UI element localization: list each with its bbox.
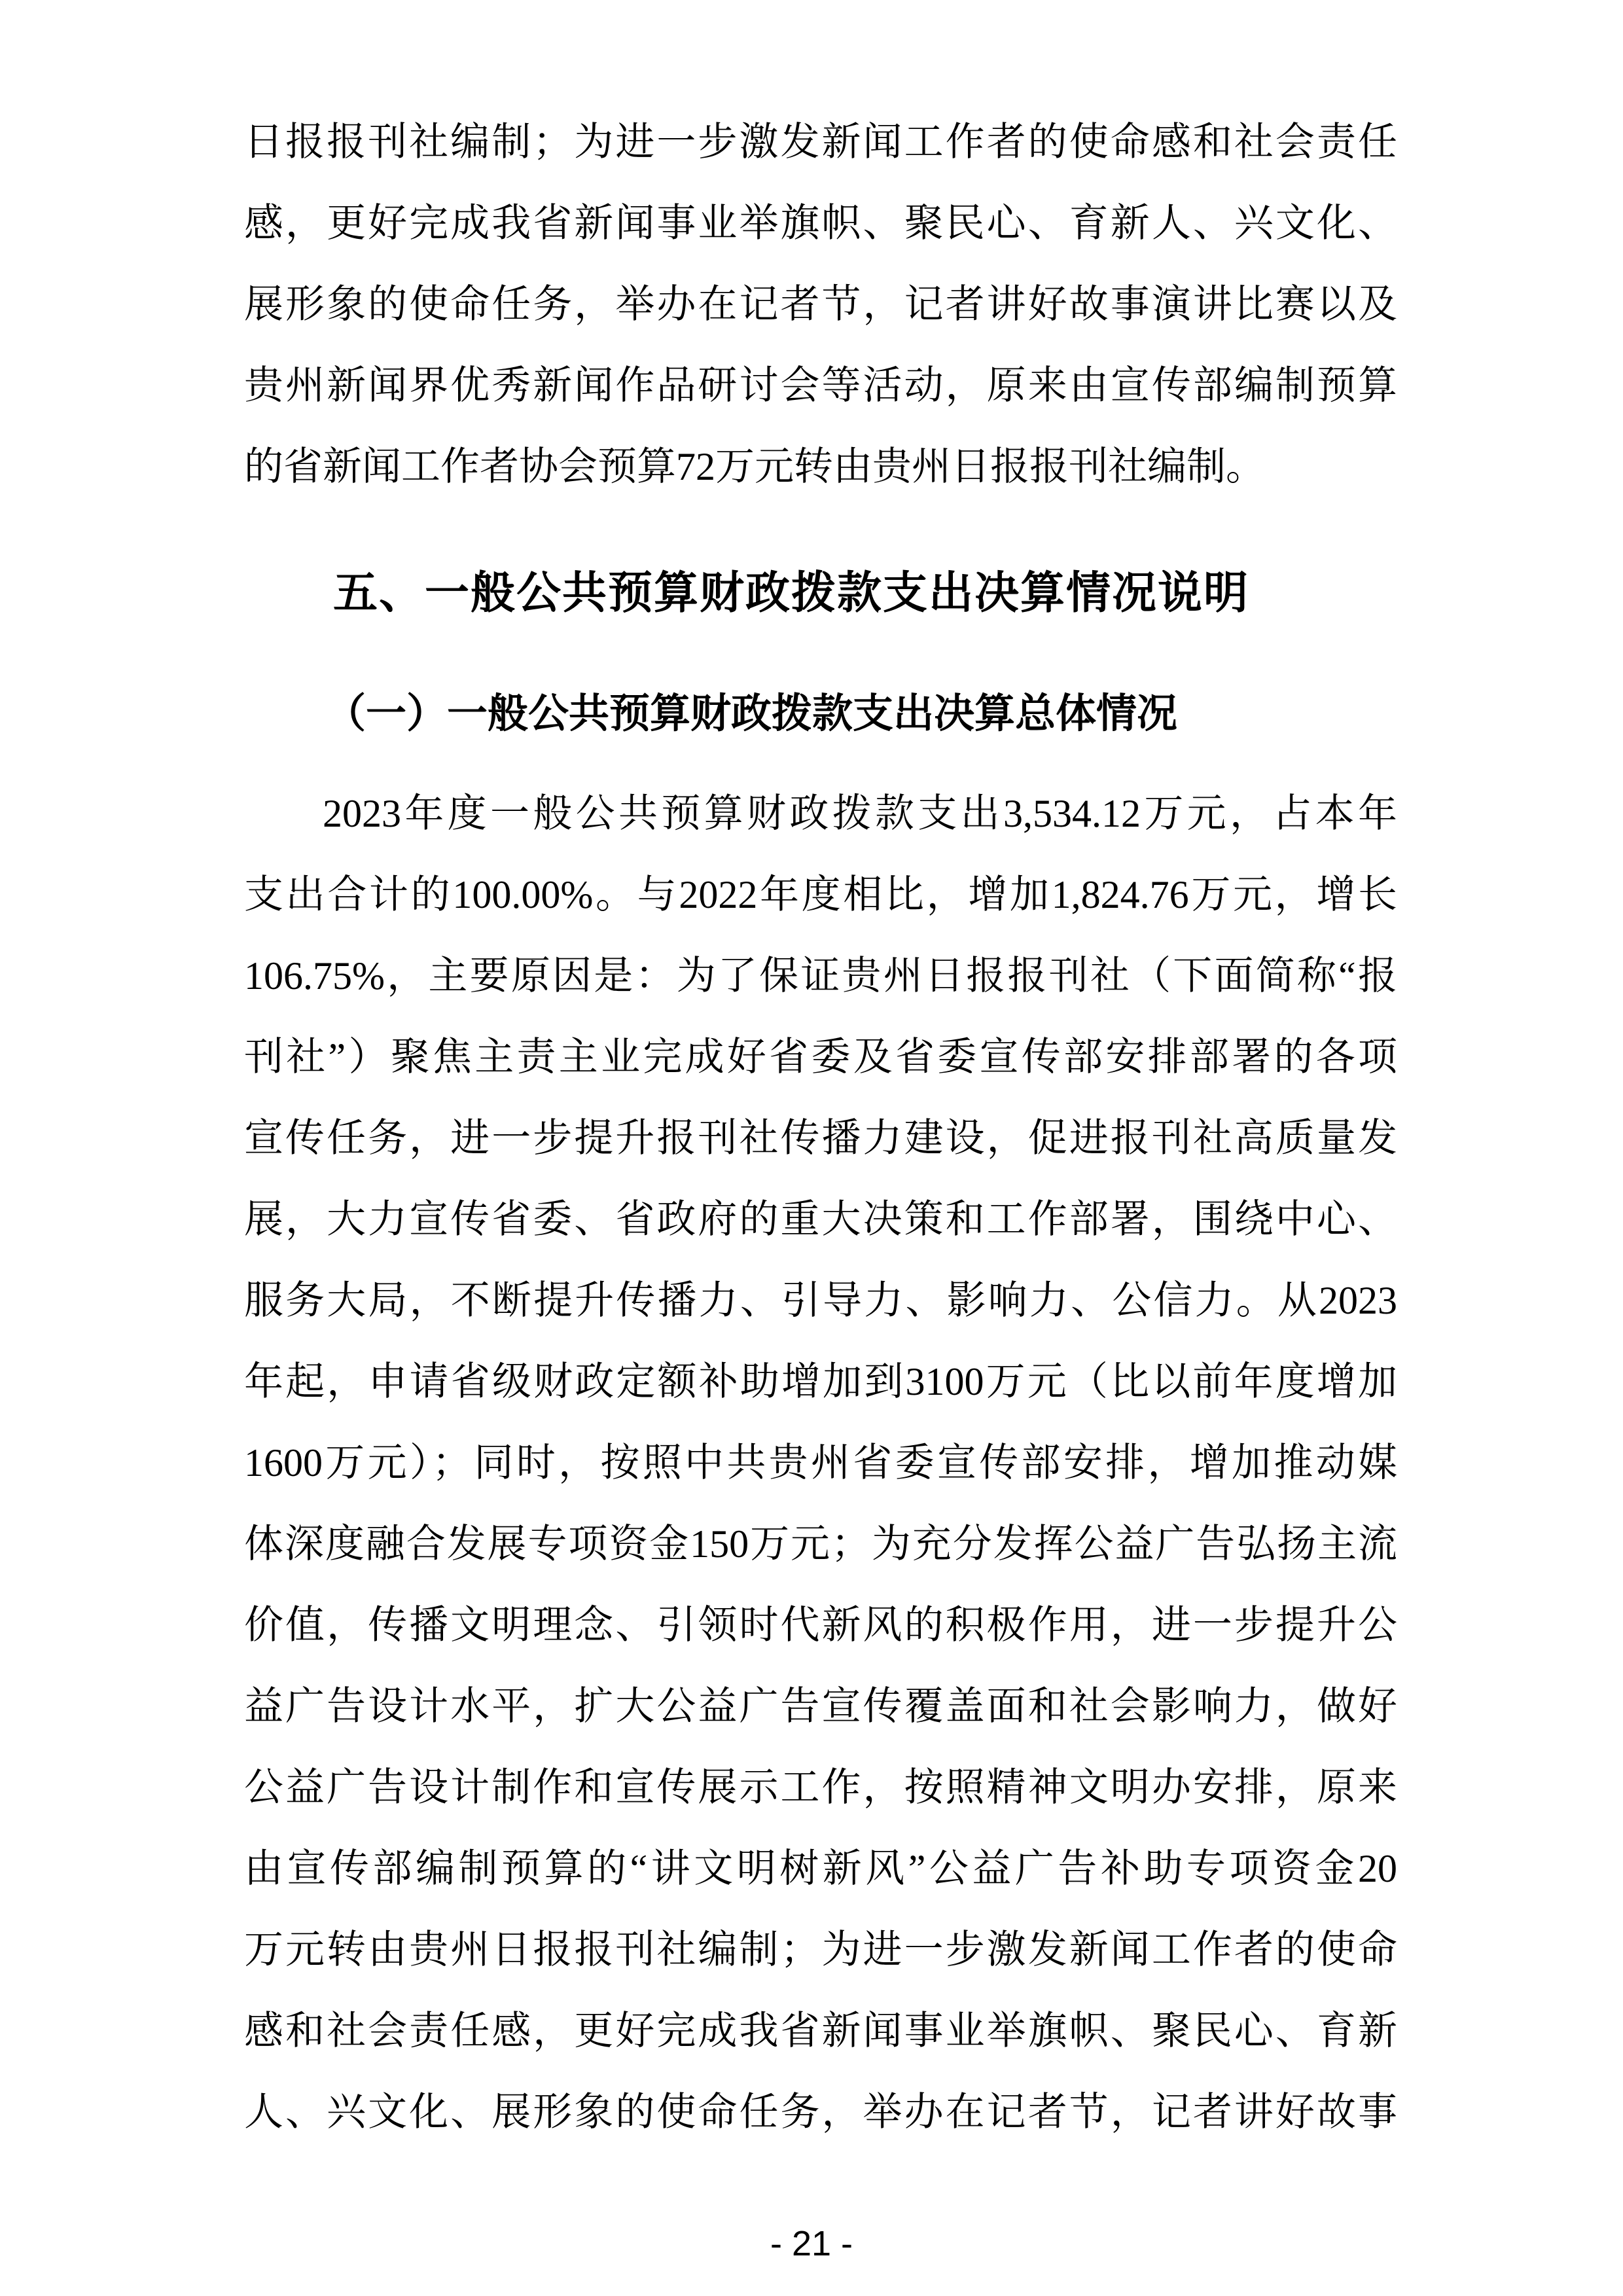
text-line: 展形象的使命任务，举办在记者节，记者讲好故事演讲比赛以及	[244, 264, 1397, 345]
paragraph-overview: 2023年度一般公共预算财政拨款支出3,534.12万元，占本年支出合计的100…	[244, 773, 1397, 2153]
subsection-heading: （一）一般公共预算财政拨款支出决算总体情况	[244, 675, 1397, 753]
text-line: 贵州新闻界优秀新闻作品研讨会等活动，原来由宣传部编制预算	[244, 345, 1397, 426]
text-line: 体深度融合发展专项资金150万元；为充分发挥公益广告弘扬主流	[244, 1503, 1397, 1585]
text-line: 感和社会责任感，更好完成我省新闻事业举旗帜、聚民心、育新	[244, 1990, 1397, 2072]
document-page: 日报报刊社编制；为进一步激发新闻工作者的使命感和社会责任感，更好完成我省新闻事业…	[0, 0, 1623, 2296]
page-number: - 21 -	[0, 2224, 1623, 2263]
text-line: 人、兴文化、展形象的使命任务，举办在记者节，记者讲好故事	[244, 2072, 1397, 2153]
text-line: 万元转由贵州日报报刊社编制；为进一步激发新闻工作者的使命	[244, 1909, 1397, 1990]
text-line: 公益广告设计制作和宣传展示工作，按照精神文明办安排，原来	[244, 1747, 1397, 1828]
section-heading: 五、一般公共预算财政拨款支出决算情况说明	[244, 550, 1397, 636]
text-line: 1600万元）；同时，按照中共贵州省委宣传部安排，增加推动媒	[244, 1422, 1397, 1503]
paragraph-continuation: 日报报刊社编制；为进一步激发新闻工作者的使命感和社会责任感，更好完成我省新闻事业…	[244, 101, 1397, 507]
text-line: 106.75%，主要原因是：为了保证贵州日报报刊社（下面简称“报	[244, 935, 1397, 1016]
text-line: 年起，申请省级财政定额补助增加到3100万元（比以前年度增加	[244, 1341, 1397, 1422]
page-body: 日报报刊社编制；为进一步激发新闻工作者的使命感和社会责任感，更好完成我省新闻事业…	[244, 0, 1397, 2153]
text-line: 价值，传播文明理念、引领时代新风的积极作用，进一步提升公	[244, 1585, 1397, 1666]
text-line: 展，大力宣传省委、省政府的重大决策和工作部署，围绕中心、	[244, 1179, 1397, 1260]
text-line: 益广告设计水平，扩大公益广告宣传覆盖面和社会影响力，做好	[244, 1666, 1397, 1747]
text-line: 服务大局，不断提升传播力、引导力、影响力、公信力。从2023	[244, 1260, 1397, 1341]
text-line: 2023年度一般公共预算财政拨款支出3,534.12万元，占本年	[244, 773, 1397, 854]
text-line: 刊社”）聚焦主责主业完成好省委及省委宣传部安排部署的各项	[244, 1016, 1397, 1098]
text-line: 支出合计的100.00%。与2022年度相比，增加1,824.76万元，增长	[244, 854, 1397, 935]
text-line: 的省新闻工作者协会预算72万元转由贵州日报报刊社编制。	[244, 426, 1397, 507]
text-line: 日报报刊社编制；为进一步激发新闻工作者的使命感和社会责任	[244, 101, 1397, 183]
text-line: 由宣传部编制预算的“讲文明树新风”公益广告补助专项资金20	[244, 1828, 1397, 1909]
text-line: 感，更好完成我省新闻事业举旗帜、聚民心、育新人、兴文化、	[244, 183, 1397, 264]
text-line: 宣传任务，进一步提升报刊社传播力建设，促进报刊社高质量发	[244, 1098, 1397, 1179]
